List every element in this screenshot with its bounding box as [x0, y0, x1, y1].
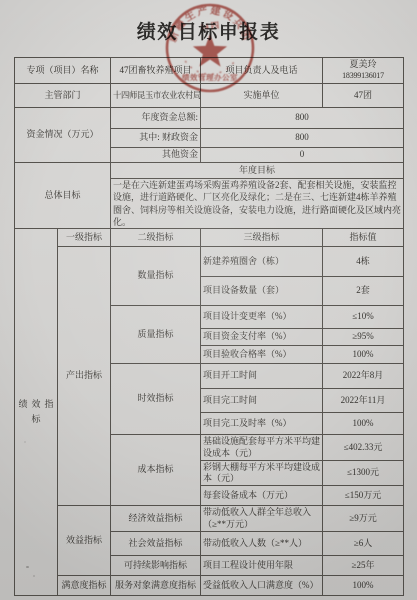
indicator-row: 新建养殖圈舍（栋） [201, 247, 323, 277]
scan-speck [24, 441, 26, 443]
indicators-side-label: 绩效指标 [15, 229, 58, 596]
indicator-row: 项目设备数量（套） [201, 277, 323, 306]
l2-quality: 质量指标 [111, 306, 201, 364]
indicator-value: ≤402.33元 [323, 435, 404, 461]
indicator-value: ≤1300元 [323, 461, 404, 486]
dept-value: 十四师昆玉市农业农村局 [111, 84, 201, 108]
indicator-value: 100% [323, 413, 404, 435]
funding-label: 资金情况（万元） [15, 108, 111, 163]
col-header-l1: 一级指标 [58, 229, 111, 247]
indicator-value: 2套 [323, 277, 404, 306]
indicator-row: 受益低收入人口满意度（%） [201, 576, 323, 596]
col-header-l2: 二级指标 [111, 229, 201, 247]
indicator-row: 项目完工及时率（%） [201, 413, 323, 435]
indicator-row: 带动低收入人群全年总收入（≥**万元） [201, 506, 323, 532]
impl-unit-value: 47团 [323, 84, 404, 108]
indicators-side-label-text: 绩效指标 [17, 397, 58, 427]
annual-goal-text: 一是在六连新建蛋鸡场采购蛋鸡养殖设备2套、配套相关设施，安装监控设施，进行道路硬… [111, 179, 404, 229]
l1-benefit: 效益指标 [58, 506, 111, 576]
funding-value-other: 0 [201, 148, 404, 163]
funding-item-fiscal: 其中: 财政资金 [111, 129, 201, 148]
scan-speck [33, 575, 35, 577]
indicator-row: 彩钢大棚每平方米平均建设成本（元） [201, 461, 323, 486]
dept-value-text: 十四师昆玉市农业农村局 [113, 91, 201, 100]
indicator-value: ≥95% [323, 329, 404, 346]
indicator-value: 2022年11月 [323, 389, 404, 413]
indicator-row: 项目资金支付率（%） [201, 329, 323, 346]
indicator-value: ≥9万元 [323, 506, 404, 532]
contact-name: 夏美玲 [325, 59, 401, 71]
form-title: 绩效目标申报表 [0, 17, 417, 44]
scan-speck [26, 566, 29, 568]
indicator-row: 项目工程设计使用年限 [201, 556, 323, 576]
indicator-row: 带动低收入人数（≥**人） [201, 532, 323, 556]
indicator-value: 2022年8月 [323, 364, 404, 389]
funding-value-total: 800 [201, 108, 404, 129]
col-header-value: 指标值 [323, 229, 404, 247]
l2-social: 社会效益指标 [111, 532, 201, 556]
contact-phone: 18399136017 [325, 71, 401, 81]
overall-goal-label: 总体目标 [15, 163, 111, 229]
l1-satisfaction: 满意度指标 [58, 576, 111, 596]
funding-item-other: 其他资金 [111, 148, 201, 163]
indicator-value: ≤150万元 [323, 486, 404, 506]
indicator-value: ≤10% [323, 306, 404, 329]
impl-unit-label: 实施单位 [201, 84, 323, 108]
l2-cost: 成本指标 [111, 435, 201, 506]
l2-economic: 经济效益指标 [111, 506, 201, 532]
l2-quantity: 数量指标 [111, 247, 201, 306]
l2-sustainability: 可持续影响指标 [111, 556, 201, 576]
indicator-row: 项目设计变更率（%） [201, 306, 323, 329]
indicator-row: 项目验收合格率（%） [201, 346, 323, 364]
indicator-value: 4栋 [323, 247, 404, 277]
indicator-row: 项目完工时间 [201, 389, 323, 413]
indicator-value: ≥6人 [323, 532, 404, 556]
funding-value-fiscal: 800 [201, 129, 404, 148]
indicator-value: 100% [323, 346, 404, 364]
project-name-value: 47团畜牧养殖项目 [111, 58, 201, 84]
contact-value: 夏美玲 18399136017 [323, 58, 404, 84]
contact-label: 项目负责人及电话 [201, 58, 323, 84]
performance-target-table: 专项（项目）名称 47团畜牧养殖项目 项目负责人及电话 夏美玲 18399136… [14, 57, 404, 596]
indicator-value: 100% [323, 576, 404, 596]
project-name-label: 专项（项目）名称 [15, 58, 111, 84]
indicator-row: 项目开工时间 [201, 364, 323, 389]
indicator-row: 每套设备成本（万元） [201, 486, 323, 506]
funding-item-total: 年度资金总额: [111, 108, 201, 129]
l2-timeliness: 时效指标 [111, 364, 201, 435]
annual-goal-header: 年度目标 [111, 163, 404, 179]
col-header-l3: 三级指标 [201, 229, 323, 247]
l1-output: 产出指标 [58, 247, 111, 506]
l2-service-satisfaction: 服务对象满意度指标 [111, 576, 201, 596]
scanned-form-page: { "page": { "title": "绩效目标申报表" }, "stamp… [0, 0, 417, 600]
indicator-row: 基础设施配套每平方米平均建设成本（元） [201, 435, 323, 461]
indicator-value: ≥25年 [323, 556, 404, 576]
dept-label: 主管部门 [15, 84, 111, 108]
